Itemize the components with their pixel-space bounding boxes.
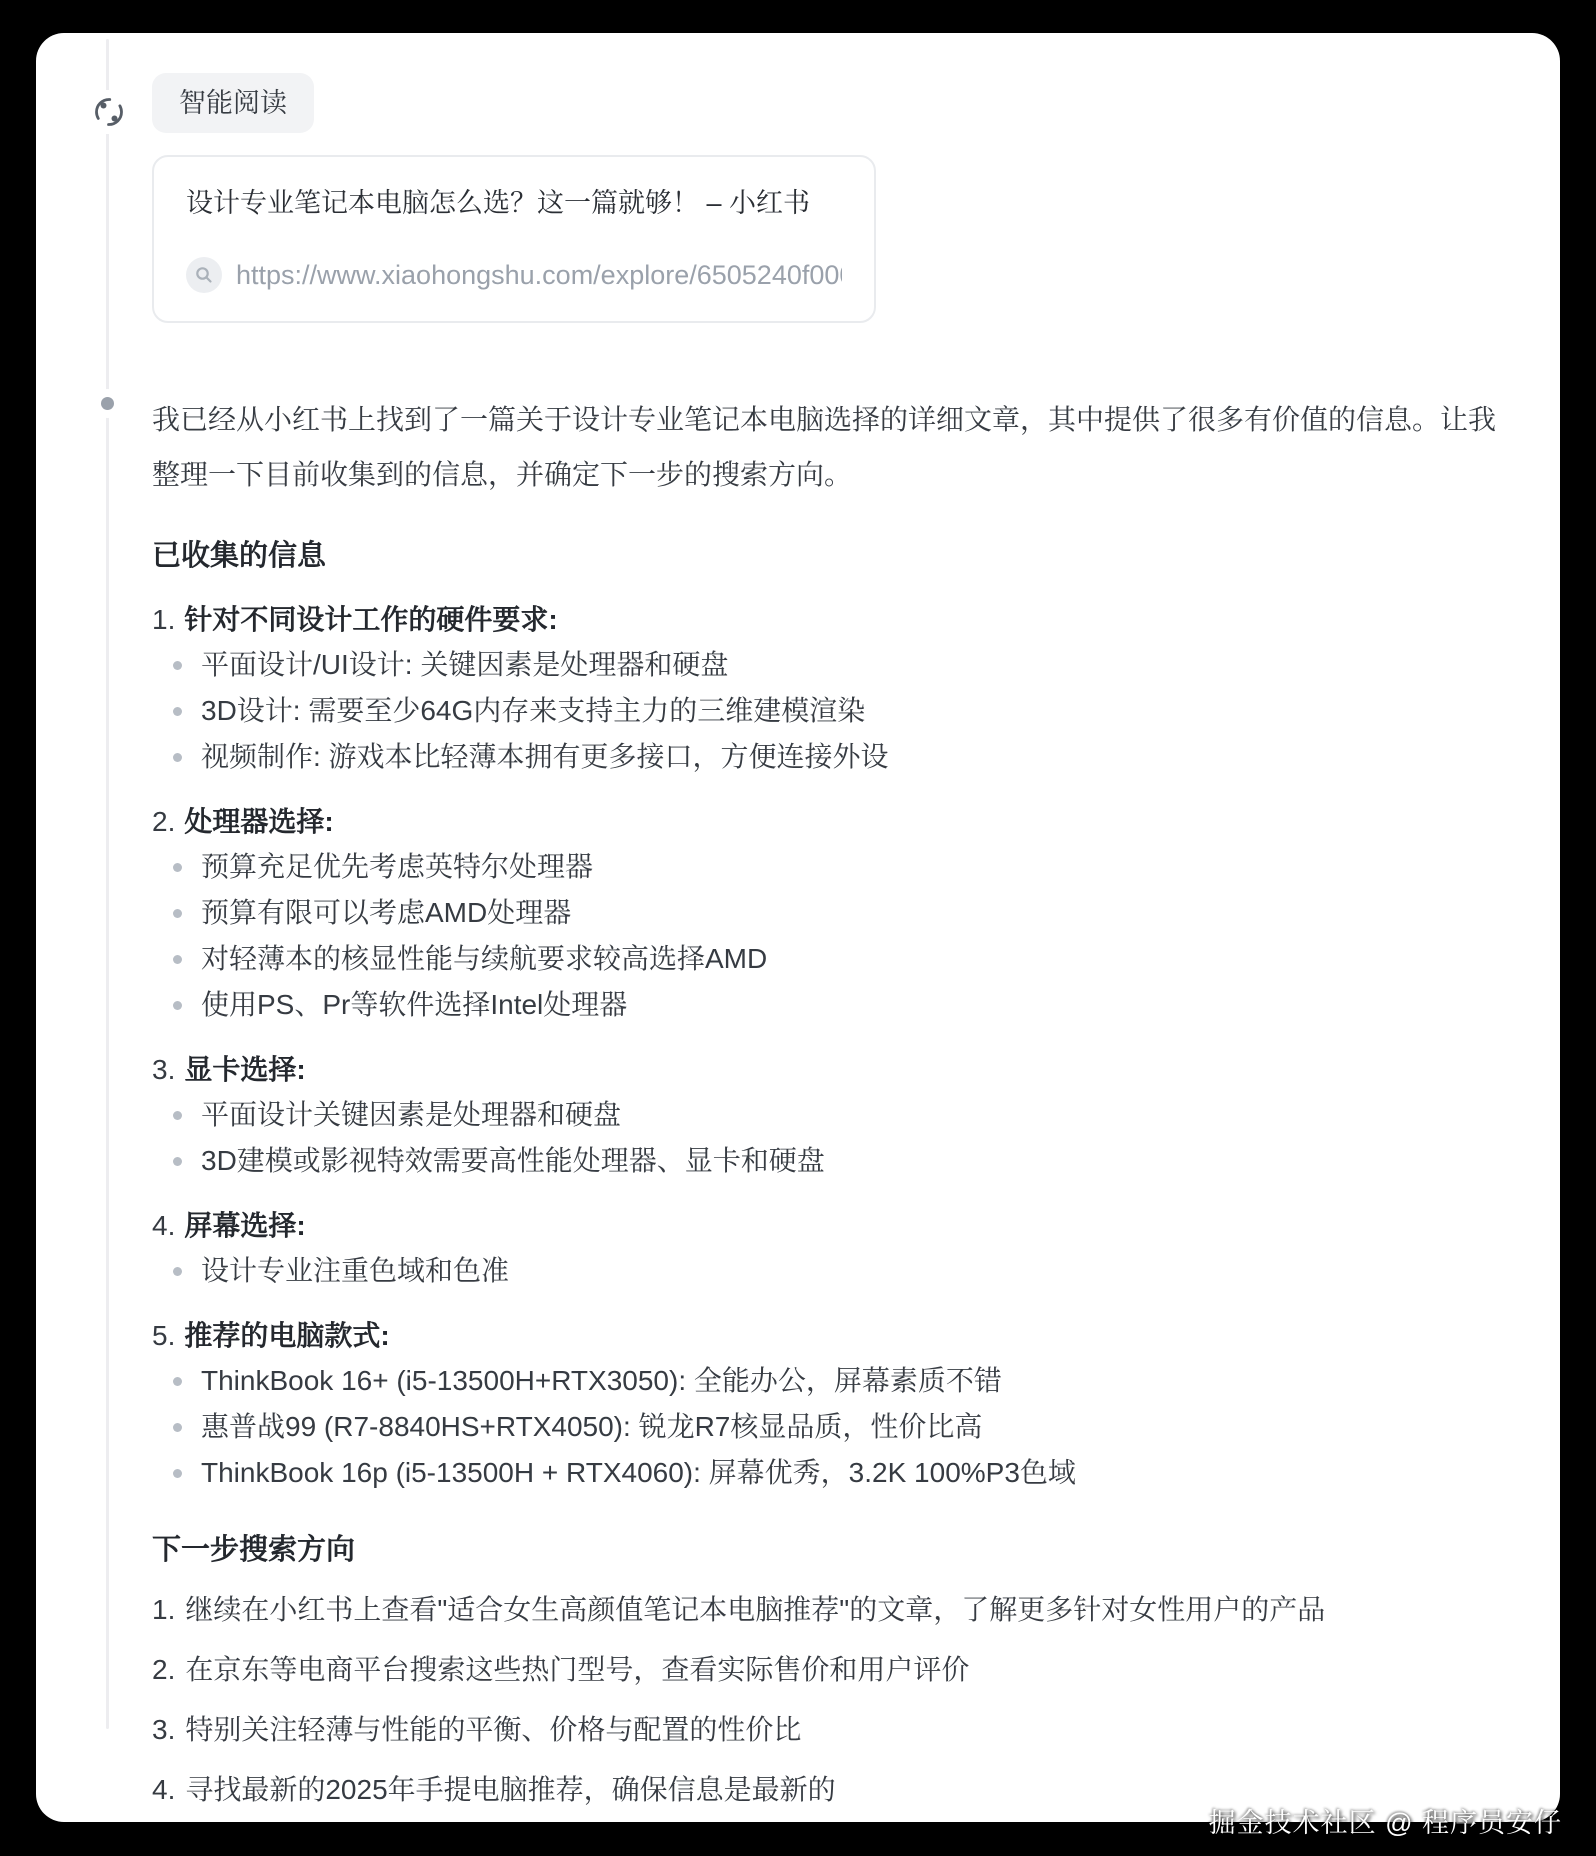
bullet-icon — [173, 955, 182, 964]
info-group: 2.处理器选择:预算充足优先考虑英特尔处理器预算有限可以考虑AMD处理器对轻薄本… — [152, 800, 1512, 1028]
list-item: 预算有限可以考虑AMD处理器 — [152, 890, 1512, 936]
bullet-icon — [173, 753, 182, 762]
info-group: 1.针对不同设计工作的硬件要求:平面设计/UI设计: 关键因素是处理器和硬盘3D… — [152, 598, 1512, 780]
link-url-row: https://www.xiaohongshu.com/explore/6505… — [186, 257, 842, 293]
list-item-text: 预算有限可以考虑AMD处理器 — [201, 890, 1512, 936]
step-text: 在京东等电商平台搜索这些热门型号，查看实际售价和用户评价 — [185, 1654, 969, 1685]
link-url: https://www.xiaohongshu.com/explore/6505… — [236, 260, 842, 291]
collected-info-groups: 1.针对不同设计工作的硬件要求:平面设计/UI设计: 关键因素是处理器和硬盘3D… — [152, 598, 1512, 1496]
step-number: 2. — [152, 1654, 175, 1685]
page-background: 智能阅读 设计专业笔记本电脑怎么选？这一篇就够！ – 小红书 https://w… — [0, 0, 1596, 1856]
group-number: 3. — [152, 1054, 175, 1085]
bullet-icon — [173, 1469, 182, 1478]
next-step-item: 2.在京东等电商平台搜索这些热门型号，查看实际售价和用户评价 — [152, 1648, 1512, 1692]
message-intro: 我已经从小红书上找到了一篇关于设计专业笔记本电脑选择的详细文章，其中提供了很多有… — [152, 392, 1512, 502]
list-item: ThinkBook 16+ (i5-13500H+RTX3050): 全能办公，… — [152, 1358, 1512, 1404]
group-header: 2.处理器选择: — [152, 800, 1512, 844]
link-card-title: 设计专业笔记本电脑怎么选？这一篇就够！ – 小红书 — [186, 185, 842, 221]
info-group: 5.推荐的电脑款式:ThinkBook 16+ (i5-13500H+RTX30… — [152, 1314, 1512, 1496]
group-number: 2. — [152, 806, 175, 837]
group-title: 显卡选择: — [184, 1054, 305, 1085]
agent-message: 我已经从小红书上找到了一篇关于设计专业笔记本电脑选择的详细文章，其中提供了很多有… — [152, 392, 1512, 1812]
bullet-icon — [173, 1377, 182, 1386]
list-item-text: 使用PS、Pr等软件选择Intel处理器 — [201, 982, 1512, 1028]
list-item-text: 平面设计关键因素是处理器和硬盘 — [201, 1092, 1512, 1138]
group-header: 5.推荐的电脑款式: — [152, 1314, 1512, 1358]
group-header: 3.显卡选择: — [152, 1048, 1512, 1092]
link-card[interactable]: 设计专业笔记本电脑怎么选？这一篇就够！ – 小红书 https://www.xi… — [152, 155, 876, 323]
step-text: 继续在小红书上查看"适合女生高颜值笔记本电脑推荐"的文章，了解更多针对女性用户的… — [185, 1594, 1325, 1625]
bullet-icon — [173, 1001, 182, 1010]
next-step-item: 1.继续在小红书上查看"适合女生高颜值笔记本电脑推荐"的文章，了解更多针对女性用… — [152, 1588, 1512, 1632]
group-title: 处理器选择: — [184, 806, 333, 837]
list-item: 平面设计/UI设计: 关键因素是处理器和硬盘 — [152, 642, 1512, 688]
group-header: 1.针对不同设计工作的硬件要求: — [152, 598, 1512, 642]
group-title: 屏幕选择: — [184, 1210, 305, 1241]
agent-spinner-icon — [87, 90, 131, 134]
list-item: 设计专业注重色域和色准 — [152, 1248, 1512, 1294]
tool-badge-smart-reading[interactable]: 智能阅读 — [152, 73, 314, 133]
chat-canvas: 智能阅读 设计专业笔记本电脑怎么选？这一篇就够！ – 小红书 https://w… — [36, 33, 1560, 1822]
next-step-item: 3.特别关注轻薄与性能的平衡、价格与配置的性价比 — [152, 1708, 1512, 1752]
group-title: 针对不同设计工作的硬件要求: — [184, 604, 557, 635]
group-number: 1. — [152, 604, 175, 635]
list-item: 3D建模或影视特效需要高性能处理器、显卡和硬盘 — [152, 1138, 1512, 1184]
link-favicon-icon — [186, 257, 222, 293]
list-item: 预算充足优先考虑英特尔处理器 — [152, 844, 1512, 890]
list-item-text: 视频制作: 游戏本比轻薄本拥有更多接口，方便连接外设 — [201, 734, 1512, 780]
list-item: 使用PS、Pr等软件选择Intel处理器 — [152, 982, 1512, 1028]
list-item-text: 3D建模或影视特效需要高性能处理器、显卡和硬盘 — [201, 1138, 1512, 1184]
step-text: 特别关注轻薄与性能的平衡、价格与配置的性价比 — [185, 1714, 801, 1745]
step-number: 4. — [152, 1774, 175, 1805]
bullet-icon — [173, 1267, 182, 1276]
list-item-text: 预算充足优先考虑英特尔处理器 — [201, 844, 1512, 890]
bullet-icon — [173, 1423, 182, 1432]
list-item: 对轻薄本的核显性能与续航要求较高选择AMD — [152, 936, 1512, 982]
info-group: 4.屏幕选择:设计专业注重色域和色准 — [152, 1204, 1512, 1294]
list-item-text: 对轻薄本的核显性能与续航要求较高选择AMD — [201, 936, 1512, 982]
timeline-line — [106, 39, 109, 1729]
watermark: 掘金技术社区 @ 程序员安仔 — [1209, 1801, 1562, 1840]
next-steps-list: 1.继续在小红书上查看"适合女生高颜值笔记本电脑推荐"的文章，了解更多针对女性用… — [152, 1588, 1512, 1812]
list-item: 惠普战99 (R7-8840HS+RTX4050): 锐龙R7核显品质，性价比高 — [152, 1404, 1512, 1450]
list-item: ThinkBook 16p (i5-13500H + RTX4060): 屏幕优… — [152, 1450, 1512, 1496]
list-item: 平面设计关键因素是处理器和硬盘 — [152, 1092, 1512, 1138]
list-item-text: ThinkBook 16p (i5-13500H + RTX4060): 屏幕优… — [201, 1450, 1512, 1496]
bullet-icon — [173, 863, 182, 872]
list-item-text: ThinkBook 16+ (i5-13500H+RTX3050): 全能办公，… — [201, 1358, 1512, 1404]
bullet-icon — [173, 661, 182, 670]
bullet-icon — [173, 1111, 182, 1120]
step-number: 3. — [152, 1714, 175, 1745]
list-item-text: 惠普战99 (R7-8840HS+RTX4050): 锐龙R7核显品质，性价比高 — [201, 1404, 1512, 1450]
list-item-text: 3D设计: 需要至少64G内存来支持主力的三维建模渲染 — [201, 688, 1512, 734]
bullet-icon — [173, 1157, 182, 1166]
group-number: 5. — [152, 1320, 175, 1351]
bullet-icon — [173, 909, 182, 918]
list-item-text: 设计专业注重色域和色准 — [201, 1248, 1512, 1294]
list-item: 3D设计: 需要至少64G内存来支持主力的三维建模渲染 — [152, 688, 1512, 734]
step-number: 1. — [152, 1594, 175, 1625]
info-group: 3.显卡选择:平面设计关键因素是处理器和硬盘3D建模或影视特效需要高性能处理器、… — [152, 1048, 1512, 1184]
group-number: 4. — [152, 1210, 175, 1241]
bullet-icon — [173, 707, 182, 716]
step-text: 寻找最新的2025年手提电脑推荐，确保信息是最新的 — [185, 1774, 835, 1805]
next-steps-heading: 下一步搜索方向 — [152, 1528, 1512, 1572]
list-item-text: 平面设计/UI设计: 关键因素是处理器和硬盘 — [201, 642, 1512, 688]
timeline-dot — [101, 397, 114, 410]
group-title: 推荐的电脑款式: — [184, 1320, 389, 1351]
group-header: 4.屏幕选择: — [152, 1204, 1512, 1248]
list-item: 视频制作: 游戏本比轻薄本拥有更多接口，方便连接外设 — [152, 734, 1512, 780]
collected-info-heading: 已收集的信息 — [152, 534, 1512, 578]
